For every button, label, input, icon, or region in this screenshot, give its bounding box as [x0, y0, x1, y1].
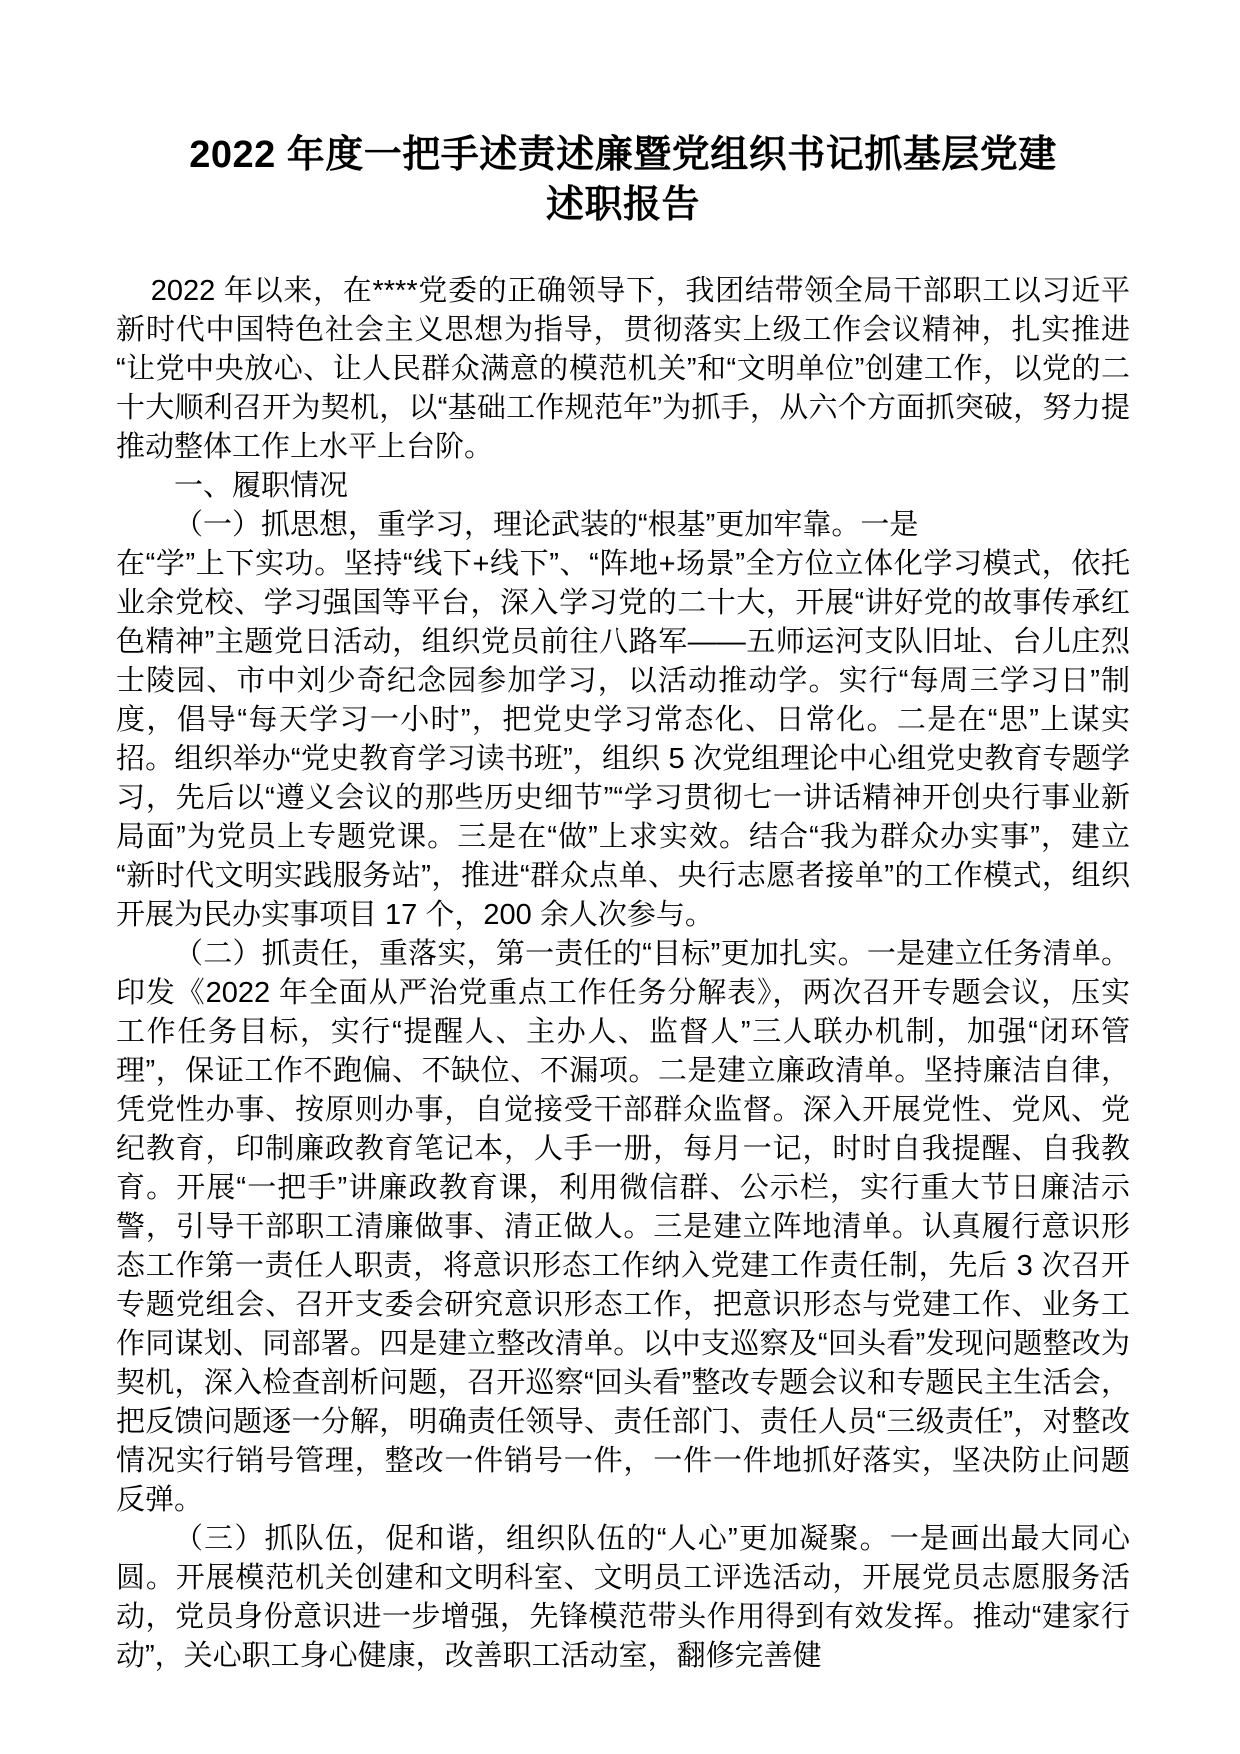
paragraph-section-1-2: （二）抓责任，重落实，第一责任的“目标”更加扎实。一是建立任务清单。印发《202…	[116, 935, 1130, 1520]
paragraph-section-1-3: （三）抓队伍，促和谐，组织队伍的“人心”更加凝聚。一是画出最大同心圆。开展模范机…	[116, 1520, 1130, 1676]
paragraph-intro: 2022 年以来，在****党委的正确领导下，我团结带领全局干部职工以习近平新时…	[116, 272, 1130, 467]
document-title: 2022 年度一把手述责述廉暨党组织书记抓基层党建述职报告	[116, 130, 1130, 230]
document-page: 2022 年度一把手述责述廉暨党组织书记抓基层党建述职报告 2022 年以来，在…	[0, 0, 1240, 1754]
paragraph-section-1-1: （一）抓思想，重学习，理论武装的“根基”更加牢靠。一是 在“学”上下实功。坚持“…	[116, 506, 1130, 935]
section-heading-1: 一、履职情况	[116, 467, 1130, 506]
